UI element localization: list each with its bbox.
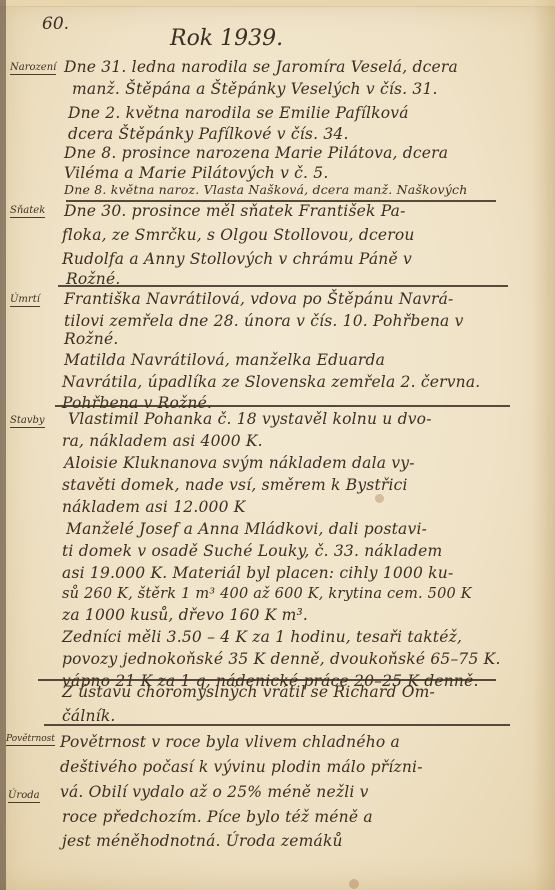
entry-line: vá. Obilí vydalo až o 25% méně nežli v xyxy=(60,783,369,801)
entry-line: Dne 2. května narodila se Emilie Pafílko… xyxy=(68,104,409,122)
entry-line: Manželé Josef a Anna Mládkovi, dali post… xyxy=(66,520,427,538)
entry-line: Povětrnost v roce byla vlivem chladného … xyxy=(60,733,400,751)
entry-line: ra, nákladem asi 4000 K. xyxy=(62,432,263,450)
entry-line: Františka Navrátilová, vdova po Štěpánu … xyxy=(64,290,453,308)
entry-line: Rudolfa a Anny Stollových v chrámu Páně … xyxy=(62,250,412,268)
entry-line: Z ústavu choromyslných vrátil se Richard… xyxy=(62,683,435,701)
entry-line: stavěti domek, nade vsí, směrem k Bystři… xyxy=(62,476,408,494)
page-right-shadow xyxy=(533,0,555,890)
paper-stain xyxy=(375,494,384,503)
entry-line: sů 260 K, štěrk 1 m³ 400 až 600 K, kryti… xyxy=(62,586,472,602)
entry-line: Matilda Navrátilová, manželka Eduarda xyxy=(64,351,385,369)
margin-label-narozeni: Narození xyxy=(10,62,56,75)
entry-line: Dne 8. prosince narozena Marie Pilátova,… xyxy=(64,144,448,162)
entry-line: povozy jednokoňské 35 K denně, dvoukoňsk… xyxy=(62,650,501,668)
entry-line: Dne 31. ledna narodila se Jaromíra Vesel… xyxy=(64,58,458,76)
entry-line: za 1000 kusů, dřevo 160 K m³. xyxy=(62,606,308,624)
section-divider xyxy=(55,405,510,407)
section-divider xyxy=(44,724,510,726)
entry-line: nákladem asi 12.000 K xyxy=(62,498,246,516)
entry-line: Rožné. xyxy=(64,330,118,348)
entry-line: Aloisie Kluknanova svým nákladem dala vy… xyxy=(64,454,415,472)
section-divider xyxy=(58,285,508,287)
margin-label-snatek: Sňatek xyxy=(10,205,45,218)
entry-line: ti domek v osadě Suché Louky, č. 33. nák… xyxy=(62,542,442,560)
page-binding-edge xyxy=(0,0,6,890)
entry-line: Navrátila, úpadlíka ze Slovenska zemřela… xyxy=(62,373,480,391)
ledger-page: 60. Rok 1939. Narození Dne 31. ledna nar… xyxy=(0,0,555,890)
entry-line: Dne 8. května naroz. Vlasta Našková, dce… xyxy=(64,182,468,197)
entry-line: floka, ze Smrčku, s Olgou Stollovou, dce… xyxy=(62,226,415,244)
entry-line: Zedníci měli 3.50 – 4 K za 1 hodinu, tes… xyxy=(62,628,462,646)
entry-line: Vlastimil Pohanka č. 18 vystavěl kolnu u… xyxy=(68,410,432,428)
entry-line: asi 19.000 K. Materiál byl placen: cihly… xyxy=(62,564,453,582)
entry-line: čálník. xyxy=(62,707,116,725)
entry-line: manž. Štěpána a Štěpánky Veselých v čís.… xyxy=(72,80,438,98)
margin-label-uroda: Úroda xyxy=(8,790,40,803)
entry-line: deštivého počasí k vývinu plodin málo př… xyxy=(60,758,423,776)
entry-line: tilovi zemřela dne 28. února v čís. 10. … xyxy=(64,312,464,330)
margin-label-umrti: Úmrtí xyxy=(10,294,40,307)
paper-stain xyxy=(349,879,359,889)
page-top-edge xyxy=(0,0,555,7)
entry-line: Viléma a Marie Pilátových v č. 5. xyxy=(64,164,328,182)
entry-line: roce předchozím. Píce bylo též méně a xyxy=(62,808,373,826)
entry-line: jest méněhodnotná. Úroda zemáků xyxy=(62,832,343,850)
entry-line: Dne 30. prosince měl sňatek František Pa… xyxy=(64,202,406,220)
entry-line: dcera Štěpánky Pafílkové v čís. 34. xyxy=(68,125,349,143)
section-divider xyxy=(38,679,496,681)
margin-label-povetrnost: Povětrnost xyxy=(6,734,55,746)
page-title: Rok 1939. xyxy=(170,26,283,51)
page-number: 60. xyxy=(42,14,69,34)
margin-label-stavby: Stavby xyxy=(10,415,45,428)
